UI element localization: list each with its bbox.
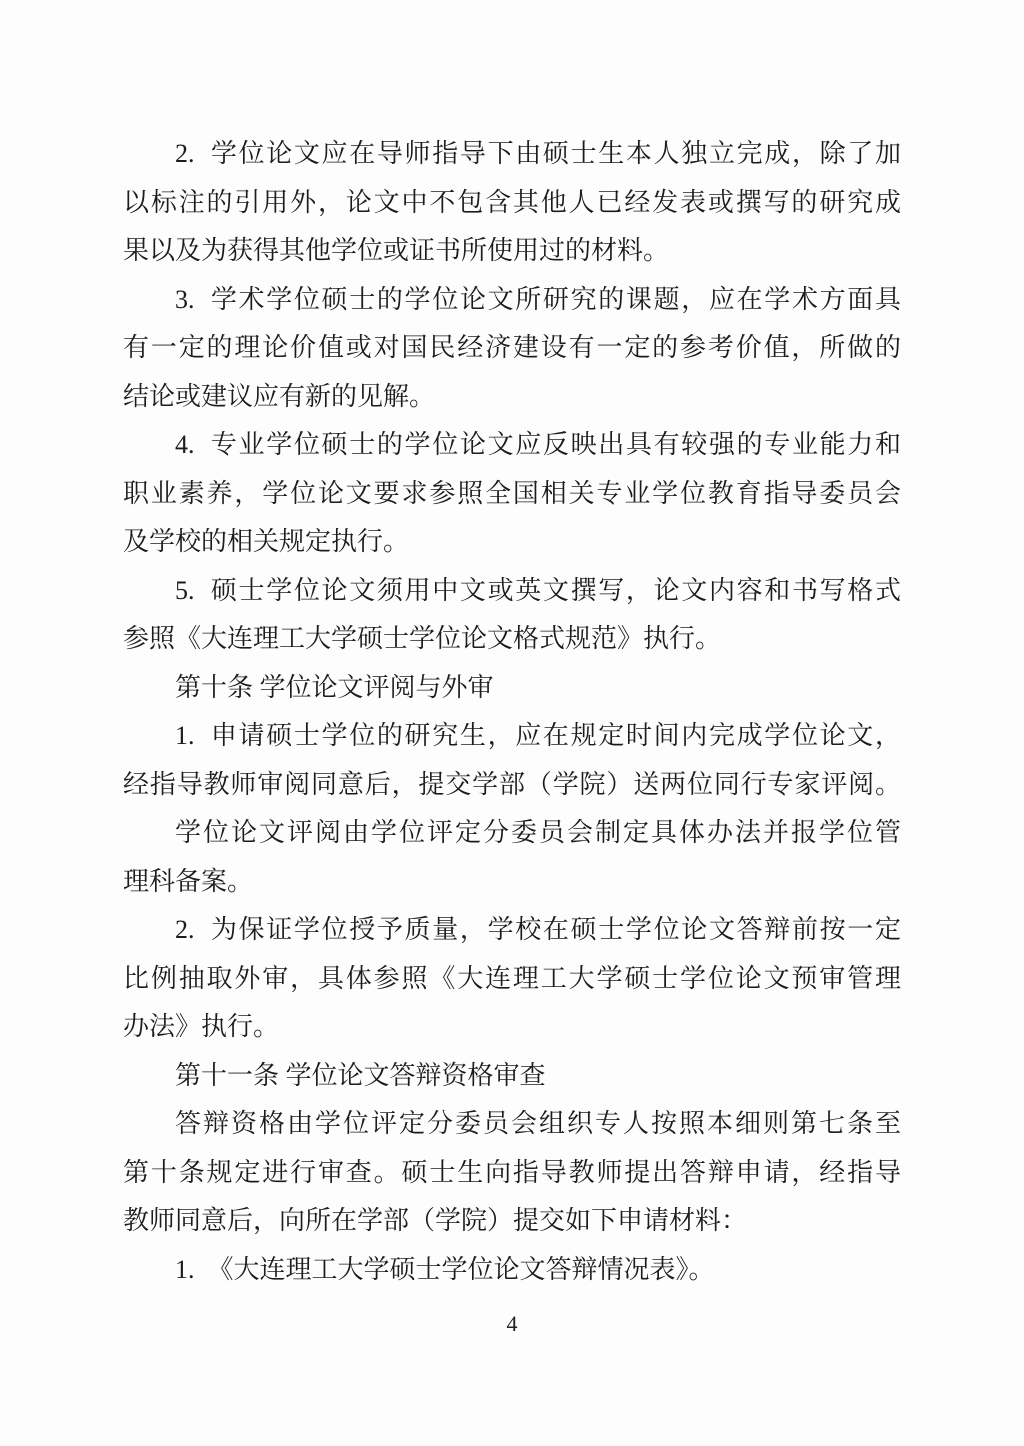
text-line: 办法》执行。 — [123, 1003, 901, 1052]
text-line: 果以及为获得其他学位或证书所使用过的材料。 — [123, 227, 901, 276]
paragraph: 2. 学位论文应在导师指导下由硕士生本人独立完成，除了加 以标注的引用外，论文中… — [123, 130, 901, 276]
section-heading: 第十一条 学位论文答辩资格审查 — [123, 1052, 901, 1101]
document-body: 2. 学位论文应在导师指导下由硕士生本人独立完成，除了加 以标注的引用外，论文中… — [123, 130, 901, 1294]
paragraph: 答辩资格由学位评定分委员会组织专人按照本细则第七条至 第十条规定进行审查。硕士生… — [123, 1100, 901, 1246]
text-line: 以标注的引用外，论文中不包含其他人已经发表或撰写的研究成 — [123, 179, 901, 228]
document-page: 2. 学位论文应在导师指导下由硕士生本人独立完成，除了加 以标注的引用外，论文中… — [0, 0, 1024, 1446]
text-line: 理科备案。 — [123, 858, 901, 907]
text-line: 有一定的理论价值或对国民经济建设有一定的参考价值，所做的 — [123, 324, 901, 373]
paragraph: 4. 专业学位硕士的学位论文应反映出具有较强的专业能力和 职业素养，学位论文要求… — [123, 421, 901, 567]
text-line: 经指导教师审阅同意后，提交学部（学院）送两位同行专家评阅。 — [123, 761, 901, 810]
paragraph: 2. 为保证学位授予质量，学校在硕士学位论文答辩前按一定 比例抽取外审，具体参照… — [123, 906, 901, 1052]
paragraph: 学位论文评阅由学位评定分委员会制定具体办法并报学位管 理科备案。 — [123, 809, 901, 906]
paragraph: 1. 申请硕士学位的研究生，应在规定时间内完成学位论文， 经指导教师审阅同意后，… — [123, 712, 901, 809]
text-line: 比例抽取外审，具体参照《大连理工大学硕士学位论文预审管理 — [123, 955, 901, 1004]
text-line: 及学校的相关规定执行。 — [123, 518, 901, 567]
text-line: 4. 专业学位硕士的学位论文应反映出具有较强的专业能力和 — [123, 421, 901, 470]
text-line: 教师同意后，向所在学部（学院）提交如下申请材料： — [123, 1197, 901, 1246]
text-line: 2. 学位论文应在导师指导下由硕士生本人独立完成，除了加 — [123, 130, 901, 179]
section-heading: 第十条 学位论文评阅与外审 — [123, 664, 901, 713]
text-line: 学位论文评阅由学位评定分委员会制定具体办法并报学位管 — [123, 809, 901, 858]
text-line: 参照《大连理工大学硕士学位论文格式规范》执行。 — [123, 615, 901, 664]
text-line: 1. 申请硕士学位的研究生，应在规定时间内完成学位论文， — [123, 712, 901, 761]
section-heading-line: 第十一条 学位论文答辩资格审查 — [123, 1052, 901, 1101]
paragraph: 1. 《大连理工大学硕士学位论文答辩情况表》。 — [123, 1246, 901, 1295]
text-line: 1. 《大连理工大学硕士学位论文答辩情况表》。 — [123, 1246, 901, 1295]
page-number: 4 — [0, 1310, 1024, 1338]
text-line: 结论或建议应有新的见解。 — [123, 373, 901, 422]
paragraph: 5. 硕士学位论文须用中文或英文撰写，论文内容和书写格式 参照《大连理工大学硕士… — [123, 567, 901, 664]
text-line: 答辩资格由学位评定分委员会组织专人按照本细则第七条至 — [123, 1100, 901, 1149]
text-line: 5. 硕士学位论文须用中文或英文撰写，论文内容和书写格式 — [123, 567, 901, 616]
text-line: 第十条规定进行审查。硕士生向指导教师提出答辩申请，经指导 — [123, 1149, 901, 1198]
section-heading-line: 第十条 学位论文评阅与外审 — [123, 664, 901, 713]
text-line: 3. 学术学位硕士的学位论文所研究的课题，应在学术方面具 — [123, 276, 901, 325]
text-line: 职业素养，学位论文要求参照全国相关专业学位教育指导委员会 — [123, 470, 901, 519]
text-line: 2. 为保证学位授予质量，学校在硕士学位论文答辩前按一定 — [123, 906, 901, 955]
paragraph: 3. 学术学位硕士的学位论文所研究的课题，应在学术方面具 有一定的理论价值或对国… — [123, 276, 901, 422]
